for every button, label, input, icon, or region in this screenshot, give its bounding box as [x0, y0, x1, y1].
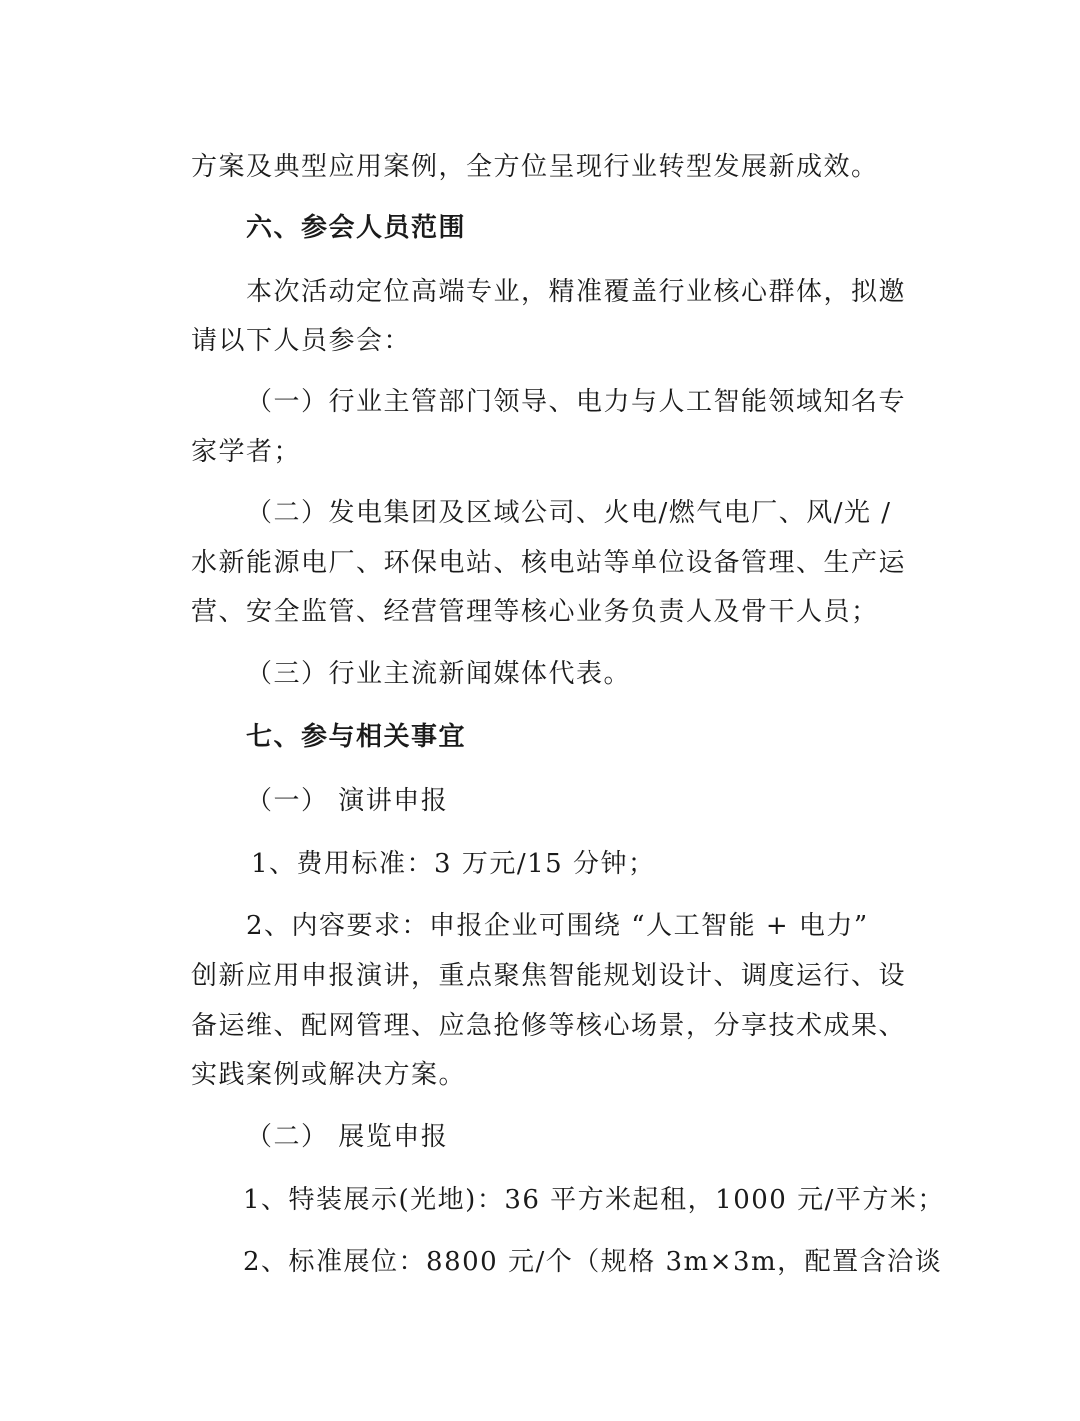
- paragraph-line-continuation: 方案及典型应用案例，全方位呈现行业转型发展新成效。: [191, 150, 879, 184]
- fee-standard-line: 1、费用标准：3 万元/15 分钟；: [251, 847, 655, 881]
- section-heading-seven: 七、参与相关事宜: [246, 720, 466, 754]
- document-page: 方案及典型应用案例，全方位呈现行业转型发展新成效。 六、参会人员范围 本次活动定…: [0, 0, 1080, 1421]
- list-item-line: 营、安全监管、经营管理等核心业务负责人及骨干人员；: [191, 595, 879, 629]
- paragraph-line: 请以下人员参会：: [191, 324, 411, 358]
- list-item-line: （二）发电集团及区域公司、火电/燃气电厂、风/光 /: [246, 496, 892, 530]
- section-heading-six: 六、参会人员范围: [246, 211, 466, 245]
- special-booth-line: 1、特装展示(光地)：36 平方米起租，1000 元/平方米；: [243, 1183, 945, 1217]
- paragraph-line: 备运维、配网管理、应急抢修等核心场景，分享技术成果、: [191, 1009, 906, 1043]
- subsection-heading-exhibition: （二） 展览申报: [246, 1120, 448, 1154]
- list-item-line: （一）行业主管部门领导、电力与人工智能领域知名专: [246, 385, 906, 419]
- standard-booth-line: 2、标准展位：8800 元/个（规格 3m×3m，配置含洽谈: [243, 1245, 942, 1279]
- list-item-line: （三）行业主流新闻媒体代表。: [246, 657, 631, 691]
- list-item-line: 家学者；: [191, 435, 301, 469]
- subsection-heading-speech: （一） 演讲申报: [246, 784, 448, 818]
- paragraph-line: 创新应用申报演讲，重点聚焦智能规划设计、调度运行、设: [191, 959, 906, 993]
- paragraph-line: 实践案例或解决方案。: [191, 1058, 466, 1092]
- list-item-line: 水新能源电厂、环保电站、核电站等单位设备管理、生产运: [191, 546, 906, 580]
- content-requirement-line: 2、内容要求：申报企业可围绕 “人工智能 + 电力”: [246, 909, 869, 943]
- paragraph-line: 本次活动定位高端专业，精准覆盖行业核心群体，拟邀: [246, 275, 906, 309]
